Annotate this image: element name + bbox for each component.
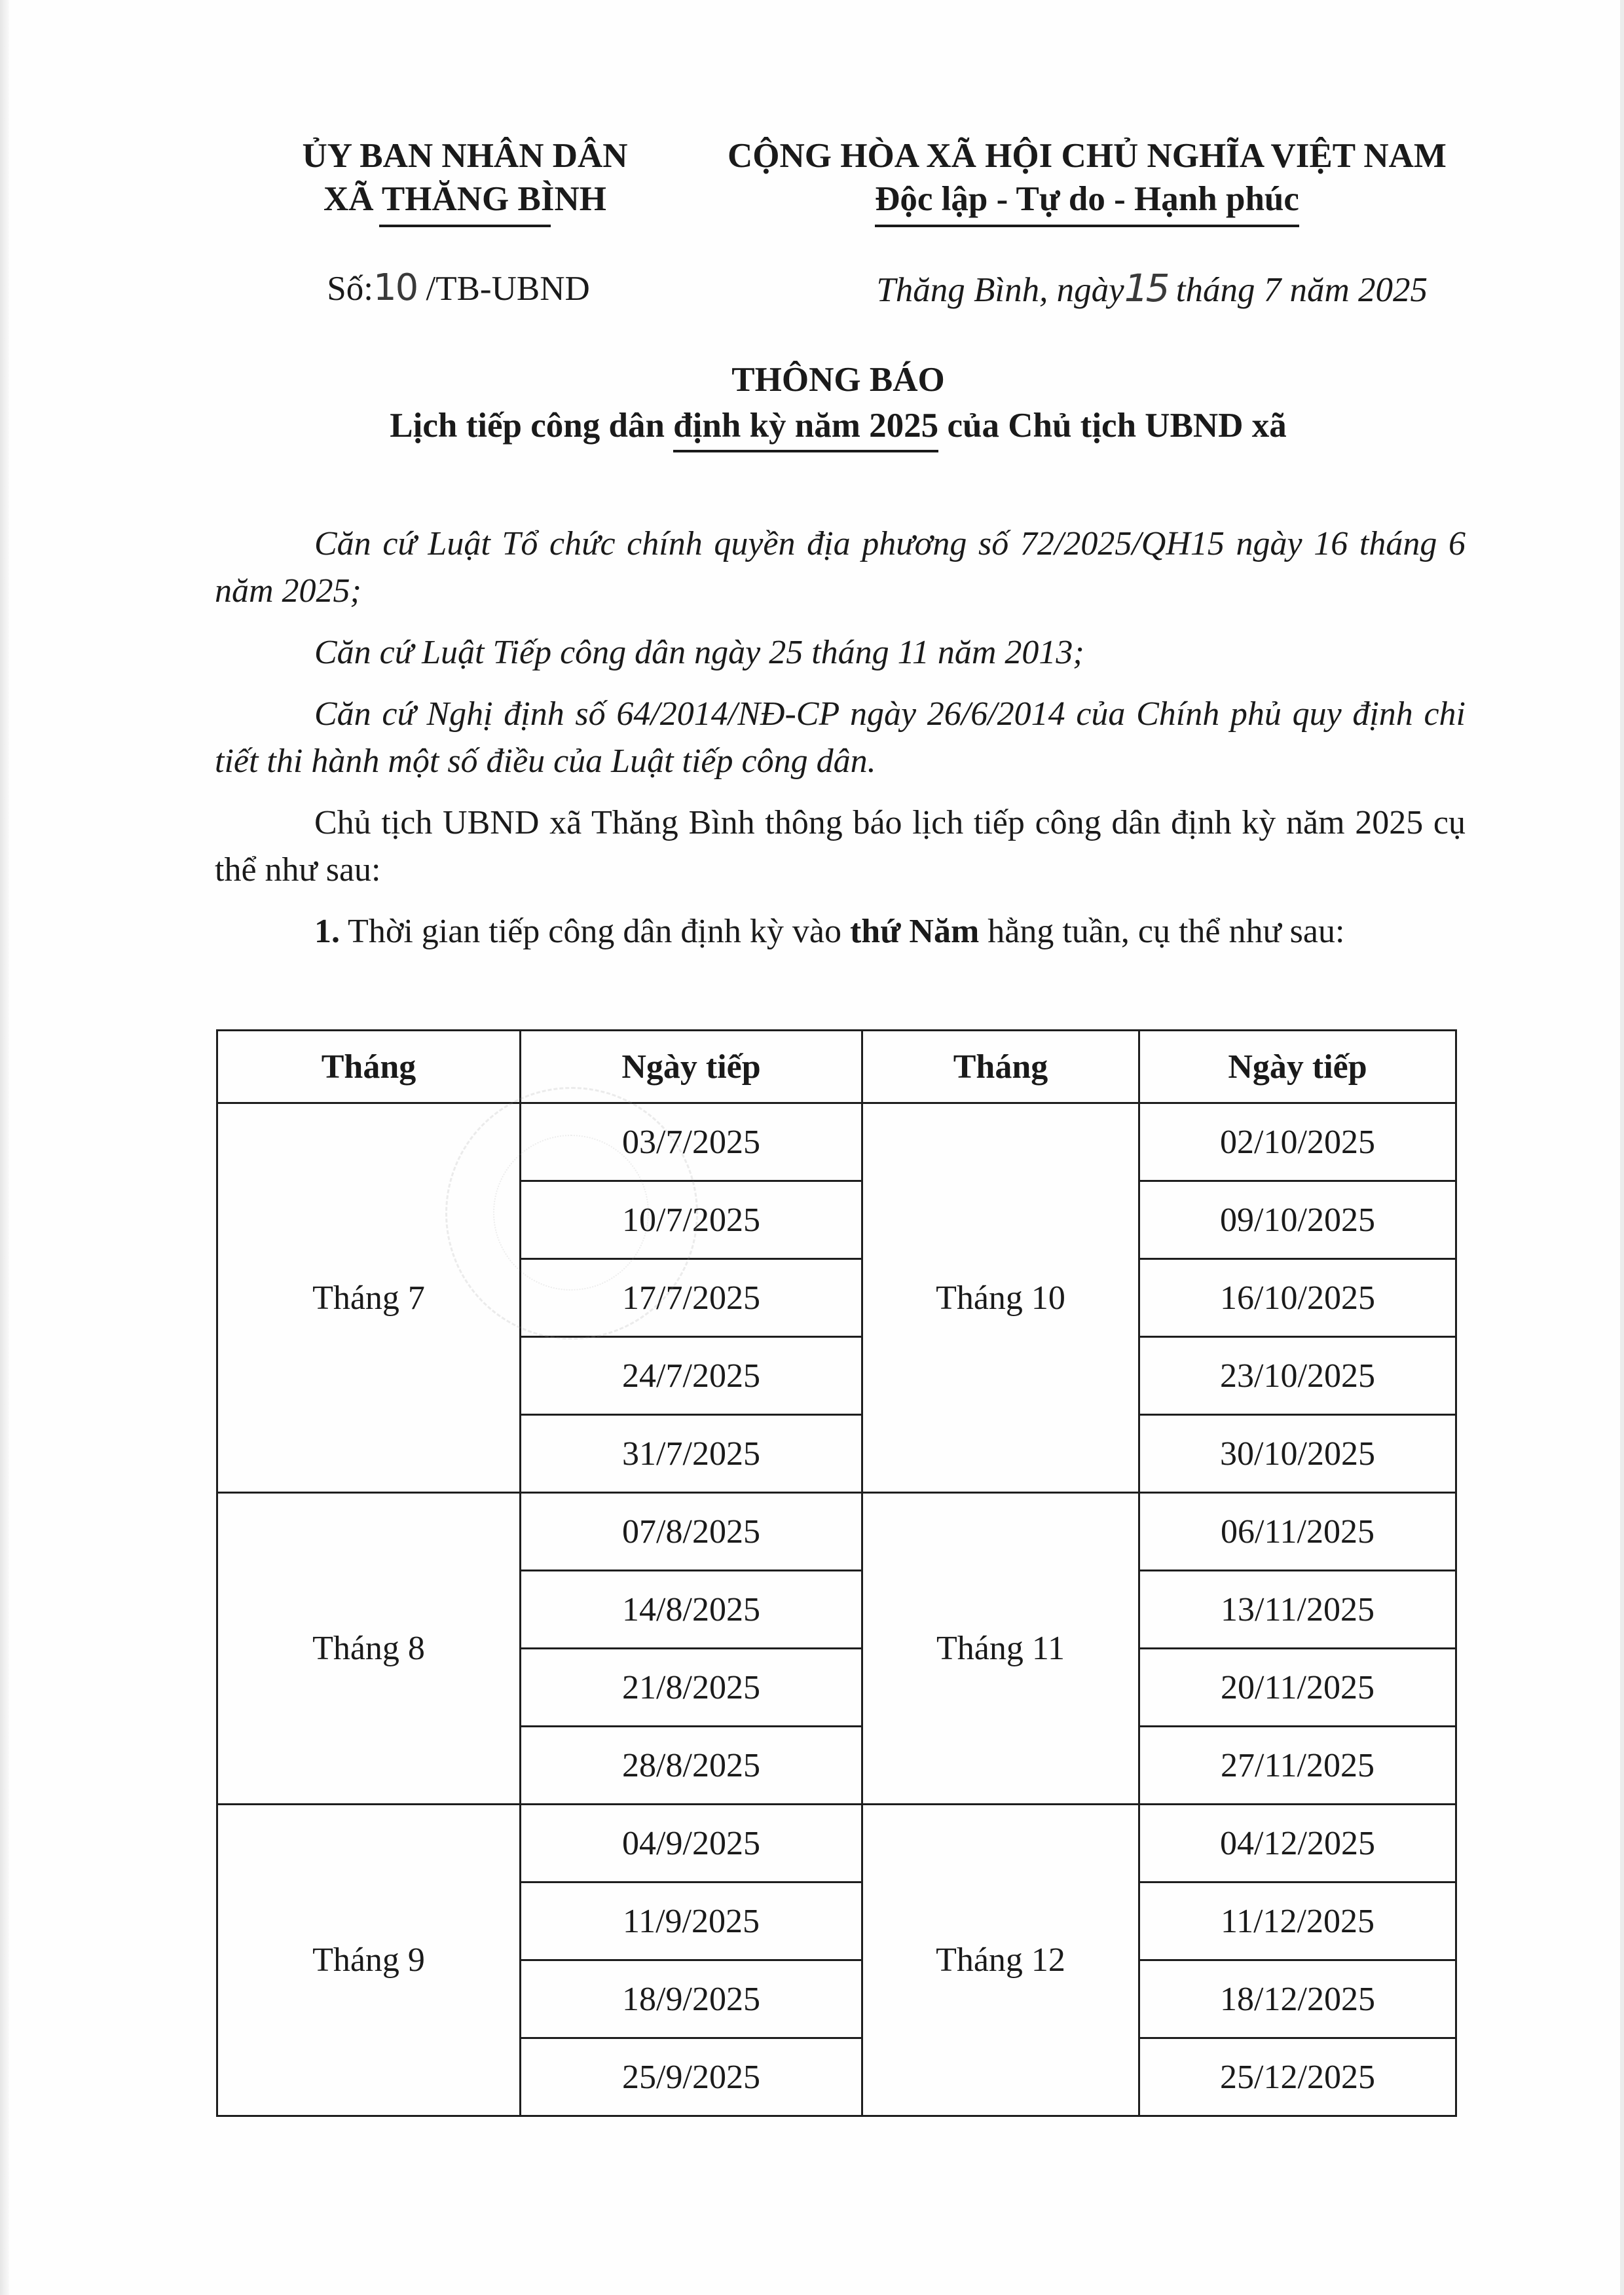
reception-date-cell: 23/10/2025 [1139,1337,1456,1415]
document-title-block: THÔNG BÁO Lịch tiếp công dân định kỳ năm… [196,357,1480,449]
reception-date-cell: 20/11/2025 [1139,1649,1456,1727]
country-name: CỘNG HÒA XÃ HỘI CHỦ NGHĨA VIỆT NAM [688,134,1486,177]
reception-date-cell: 17/7/2025 [521,1259,862,1337]
national-motto: Độc lập - Tự do - Hạnh phúc [875,177,1299,227]
table-row: Tháng 703/7/2025Tháng 1002/10/2025 [217,1103,1456,1181]
reception-date-cell: 31/7/2025 [521,1415,862,1493]
column-header-date: Ngày tiếp [1139,1031,1456,1103]
reception-date-cell: 11/9/2025 [521,1882,862,1960]
reception-date-cell: 25/9/2025 [521,2038,862,2116]
subtitle-part: Lịch tiếp công dân [390,407,673,445]
item-1-text: hằng tuần, cụ thể như sau: [979,913,1344,950]
reception-date-cell: 11/12/2025 [1139,1882,1456,1960]
reception-date-cell: 04/9/2025 [521,1805,862,1882]
table-header-row: Tháng Ngày tiếp Tháng Ngày tiếp [217,1031,1456,1103]
item-1-number: 1. [314,913,340,950]
scan-edge [0,0,9,2295]
scan-edge [1620,0,1624,2295]
agency-line-2: XÃ THĂNG BÌNH [275,177,655,221]
issuing-agency-block: ỦY BAN NHÂN DÂN XÃ THĂNG BÌNH [275,134,655,227]
agency-underline [379,225,551,227]
agency-line-1: ỦY BAN NHÂN DÂN [275,134,655,177]
document-heading: THÔNG BÁO [196,357,1480,403]
document-number: Số:10 /TB-UBND [288,265,629,312]
handwritten-number: 10 [373,266,417,309]
month-cell: Tháng 12 [862,1805,1139,2116]
reception-date-cell: 16/10/2025 [1139,1259,1456,1337]
intro-paragraph: Chủ tịch UBND xã Thăng Bình thông báo lị… [215,799,1466,894]
column-header-date: Ngày tiếp [521,1031,862,1103]
item-1-weekday: thứ Năm [850,913,979,950]
item-1-text: Thời gian tiếp công dân định kỳ vào [340,913,850,950]
reception-date-cell: 24/7/2025 [521,1337,862,1415]
reception-date-cell: 06/11/2025 [1139,1493,1456,1571]
date-suffix: tháng 7 năm 2025 [1168,271,1428,309]
month-cell: Tháng 11 [862,1493,1139,1805]
table-row: Tháng 904/9/2025Tháng 1204/12/2025 [217,1805,1456,1882]
column-header-month: Tháng [862,1031,1139,1103]
national-header-block: CỘNG HÒA XÃ HỘI CHỦ NGHĨA VIỆT NAM Độc l… [688,134,1486,227]
reception-date-cell: 18/9/2025 [521,1960,862,2038]
reception-date-cell: 02/10/2025 [1139,1103,1456,1181]
reception-date-cell: 28/8/2025 [521,1727,862,1805]
place-and-date: Thăng Bình, ngày15 tháng 7 năm 2025 [773,265,1428,313]
reception-date-cell: 09/10/2025 [1139,1181,1456,1259]
document-page: ỦY BAN NHÂN DÂN XÃ THĂNG BÌNH CỘNG HÒA X… [0,0,1624,2295]
reception-date-cell: 25/12/2025 [1139,2038,1456,2116]
reception-date-cell: 13/11/2025 [1139,1571,1456,1649]
month-cell: Tháng 10 [862,1103,1139,1493]
reception-date-cell: 21/8/2025 [521,1649,862,1727]
table-row: Tháng 807/8/2025Tháng 1106/11/2025 [217,1493,1456,1571]
reception-date-cell: 18/12/2025 [1139,1960,1456,2038]
month-cell: Tháng 8 [217,1493,521,1805]
number-prefix: Số: [327,270,373,308]
reception-schedule-table: Tháng Ngày tiếp Tháng Ngày tiếp Tháng 70… [216,1029,1457,2117]
subtitle-underlined-part: định kỳ năm 2025 [673,407,938,452]
reception-date-cell: 04/12/2025 [1139,1805,1456,1882]
month-cell: Tháng 9 [217,1805,521,2116]
reception-date-cell: 07/8/2025 [521,1493,862,1571]
reception-date-cell: 14/8/2025 [521,1571,862,1649]
legal-basis-3: Căn cứ Nghị định số 64/2014/NĐ-CP ngày 2… [215,691,1466,785]
legal-basis-1: Căn cứ Luật Tổ chức chính quyền địa phươ… [215,521,1466,615]
item-1-paragraph: 1. Thời gian tiếp công dân định kỳ vào t… [215,908,1466,955]
subtitle-part: của Chủ tịch UBND xã [938,407,1287,445]
reception-date-cell: 30/10/2025 [1139,1415,1456,1493]
reception-date-cell: 27/11/2025 [1139,1727,1456,1805]
handwritten-day: 15 [1124,266,1168,310]
month-cell: Tháng 7 [217,1103,521,1493]
reception-date-cell: 10/7/2025 [521,1181,862,1259]
reception-date-cell: 03/7/2025 [521,1103,862,1181]
date-prefix: Thăng Bình, ngày [876,271,1124,309]
column-header-month: Tháng [217,1031,521,1103]
number-suffix: /TB-UBND [417,270,590,308]
document-body: Căn cứ Luật Tổ chức chính quyền địa phươ… [215,521,1466,970]
legal-basis-2: Căn cứ Luật Tiếp công dân ngày 25 tháng … [215,629,1466,676]
table-body: Tháng 703/7/2025Tháng 1002/10/202510/7/2… [217,1103,1456,2116]
document-subtitle: Lịch tiếp công dân định kỳ năm 2025 của … [196,403,1480,449]
